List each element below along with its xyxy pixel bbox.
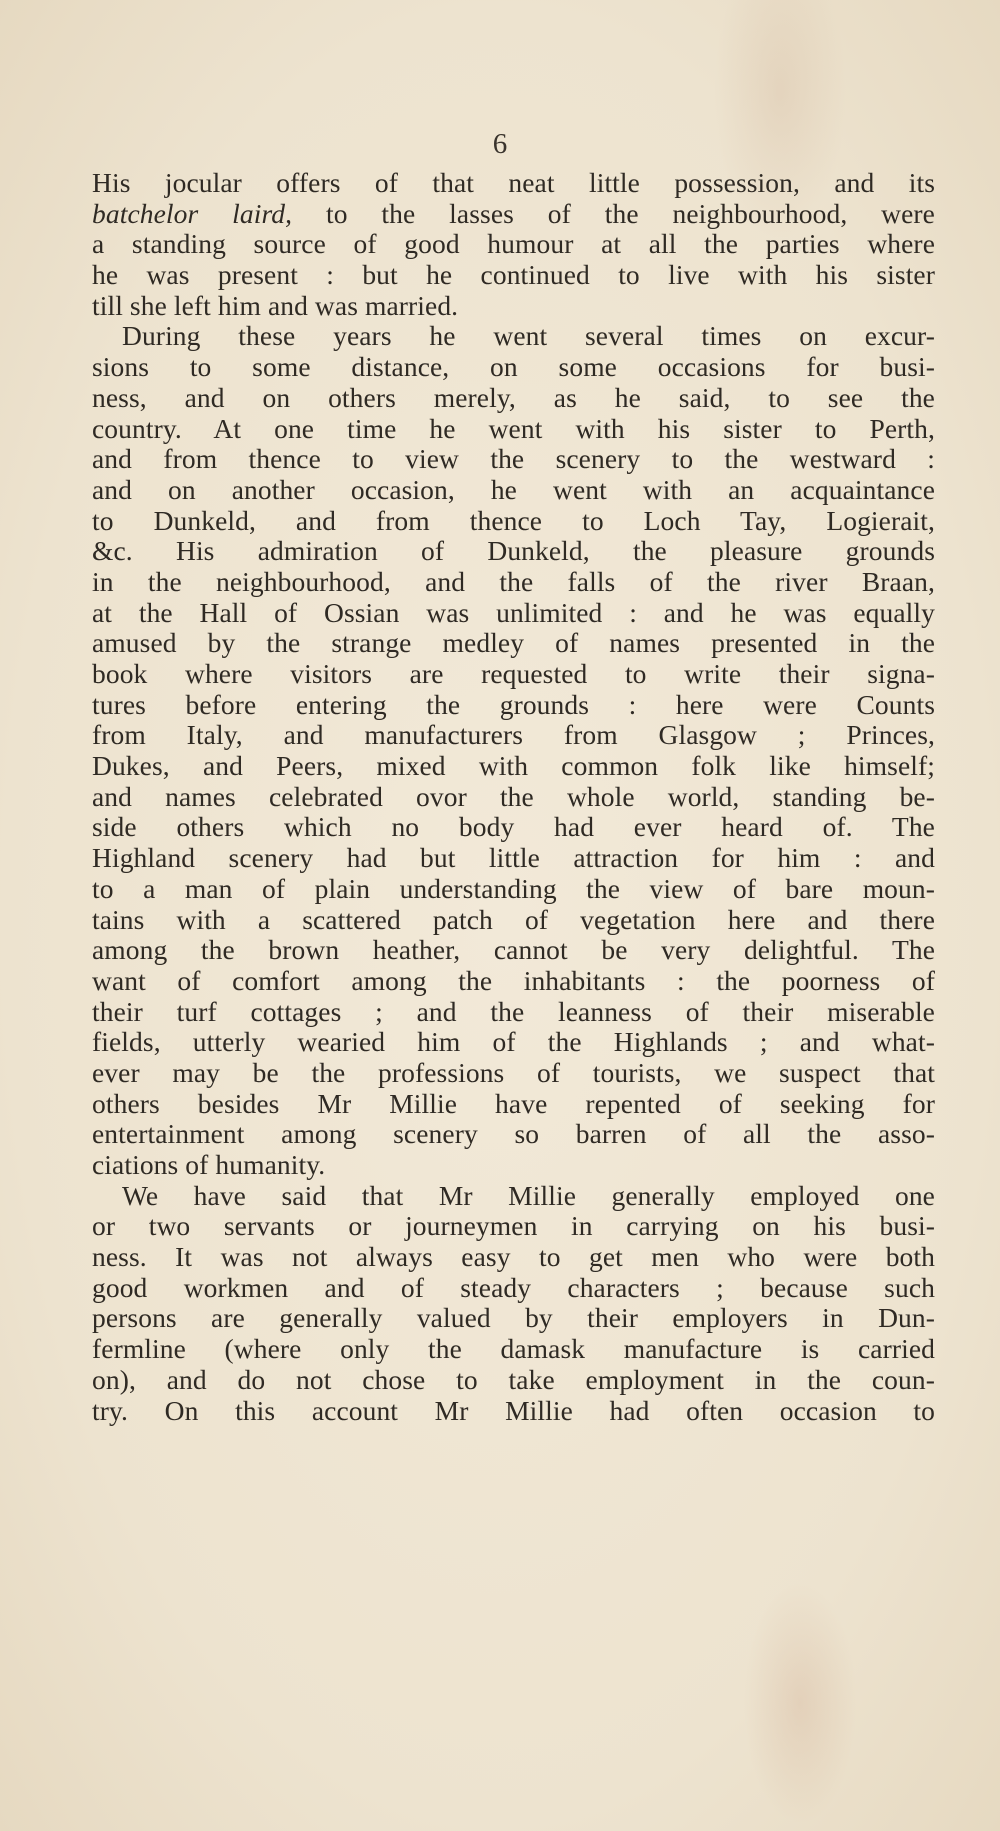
text-line: to Dunkeld, and from thence to Loch Tay,… [92, 506, 935, 537]
text-line: he was present : but he continued to liv… [92, 260, 935, 291]
line-text: During these years he went several times… [122, 320, 935, 351]
text-line: from Italy, and manufacturers from Glasg… [92, 720, 935, 751]
text-line: book where visitors are requested to wri… [92, 659, 935, 690]
line-text: to Dunkeld, and from thence to Loch Tay,… [92, 505, 935, 536]
text-line: batchelor laird, to the lasses of the ne… [92, 199, 935, 230]
line-text: on), and do not chose to take employment… [92, 1364, 935, 1395]
text-line: entertainment among scenery so barren of… [92, 1119, 935, 1150]
text-line: amused by the strange medley of names pr… [92, 628, 935, 659]
line-text: ness. It was not always easy to get men … [92, 1241, 935, 1272]
line-text: a standing source of good humour at all … [92, 228, 935, 259]
line-text: to a man of plain understanding the view… [92, 873, 935, 904]
text-line: good workmen and of steady characters ; … [92, 1273, 935, 1304]
line-text: fields, utterly wearied him of the Highl… [92, 1026, 935, 1057]
text-line: His jocular offers of that neat little p… [92, 168, 935, 199]
line-text: side others which no body had ever heard… [92, 811, 935, 842]
line-text: tains with a scattered patch of vegetati… [92, 904, 935, 935]
italic-phrase: batchelor laird, [92, 198, 292, 229]
text-line: a standing source of good humour at all … [92, 229, 935, 260]
text-line: and names celebrated ovor the whole worl… [92, 782, 935, 813]
page-number: 6 [0, 128, 1000, 161]
line-text: at the Hall of Ossian was unlimited : an… [92, 597, 935, 628]
text-line: in the neighbourhood, and the falls of t… [92, 567, 935, 598]
line-text: and on another occasion, he went with an… [92, 474, 935, 505]
line-text: want of comfort among the inhabitants : … [92, 965, 935, 996]
text-line: country. At one time he went with his si… [92, 414, 935, 445]
line-text: country. At one time he went with his si… [92, 413, 935, 444]
line-text: Highland scenery had but little attracti… [92, 842, 935, 873]
text-line: among the brown heather, cannot be very … [92, 935, 935, 966]
text-line: others besides Mr Millie have repented o… [92, 1089, 935, 1120]
text-line: tures before entering the grounds : here… [92, 690, 935, 721]
line-text: entertainment among scenery so barren of… [92, 1118, 935, 1149]
book-page: 6 His jocular offers of that neat little… [0, 0, 1000, 1831]
text-line: or two servants or journeymen in carryin… [92, 1211, 935, 1242]
line-text: ness, and on others merely, as he said, … [92, 382, 935, 413]
line-text: and from thence to view the scenery to t… [92, 443, 935, 474]
line-text: till she left him and was married. [92, 290, 458, 321]
text-line: want of comfort among the inhabitants : … [92, 966, 935, 997]
line-text: Dukes, and Peers, mixed with common folk… [92, 750, 935, 781]
paragraph: We have said that Mr Millie generally em… [92, 1181, 935, 1427]
text-line: Highland scenery had but little attracti… [92, 843, 935, 874]
text-line: their turf cottages ; and the leanness o… [92, 997, 935, 1028]
line-text: in the neighbourhood, and the falls of t… [92, 566, 935, 597]
line-text: or two servants or journeymen in carryin… [92, 1210, 935, 1241]
text-line: tains with a scattered patch of vegetati… [92, 905, 935, 936]
line-text: he was present : but he continued to liv… [92, 259, 935, 290]
text-line: and from thence to view the scenery to t… [92, 444, 935, 475]
line-text: among the brown heather, cannot be very … [92, 934, 935, 965]
text-line: try. On this account Mr Millie had often… [92, 1396, 935, 1427]
line-text: to the lasses of the neighbourhood, were [292, 198, 935, 229]
text-line: sions to some distance, on some occasion… [92, 352, 935, 383]
line-text: from Italy, and manufacturers from Glasg… [92, 719, 935, 750]
text-line: Dukes, and Peers, mixed with common folk… [92, 751, 935, 782]
text-line: We have said that Mr Millie generally em… [92, 1181, 935, 1212]
text-line: fermline (where only the damask manufact… [92, 1334, 935, 1365]
text-line: to a man of plain understanding the view… [92, 874, 935, 905]
line-text: book where visitors are requested to wri… [92, 658, 935, 689]
line-text: fermline (where only the damask manufact… [92, 1333, 935, 1364]
line-text: ciations of humanity. [92, 1149, 325, 1180]
line-text: others besides Mr Millie have repented o… [92, 1088, 935, 1119]
text-line: ever may be the professions of tourists,… [92, 1058, 935, 1089]
text-line: During these years he went several times… [92, 321, 935, 352]
text-line: ness. It was not always easy to get men … [92, 1242, 935, 1273]
line-text: good workmen and of steady characters ; … [92, 1272, 935, 1303]
text-line: and on another occasion, he went with an… [92, 475, 935, 506]
line-text: and names celebrated ovor the whole worl… [92, 781, 935, 812]
text-line: fields, utterly wearied him of the Highl… [92, 1027, 935, 1058]
line-text: tures before entering the grounds : here… [92, 689, 935, 720]
line-text: amused by the strange medley of names pr… [92, 627, 935, 658]
text-line: ciations of humanity. [92, 1150, 935, 1181]
text-line: persons are generally valued by their em… [92, 1303, 935, 1334]
text-line: ness, and on others merely, as he said, … [92, 383, 935, 414]
body-text: His jocular offers of that neat little p… [92, 168, 935, 1426]
paragraph: During these years he went several times… [92, 321, 935, 1180]
line-text: &c. His admiration of Dunkeld, the pleas… [92, 535, 935, 566]
line-text: try. On this account Mr Millie had often… [92, 1395, 935, 1426]
line-text: We have said that Mr Millie generally em… [122, 1180, 935, 1211]
text-line: at the Hall of Ossian was unlimited : an… [92, 598, 935, 629]
text-line: on), and do not chose to take employment… [92, 1365, 935, 1396]
line-text: ever may be the professions of tourists,… [92, 1057, 935, 1088]
text-line: till she left him and was married. [92, 291, 935, 322]
line-text: His jocular offers of that neat little p… [92, 167, 935, 198]
paragraph: His jocular offers of that neat little p… [92, 168, 935, 321]
line-text: persons are generally valued by their em… [92, 1302, 935, 1333]
line-text: their turf cottages ; and the leanness o… [92, 996, 935, 1027]
text-line: side others which no body had ever heard… [92, 812, 935, 843]
text-line: &c. His admiration of Dunkeld, the pleas… [92, 536, 935, 567]
line-text: sions to some distance, on some occasion… [92, 351, 935, 382]
